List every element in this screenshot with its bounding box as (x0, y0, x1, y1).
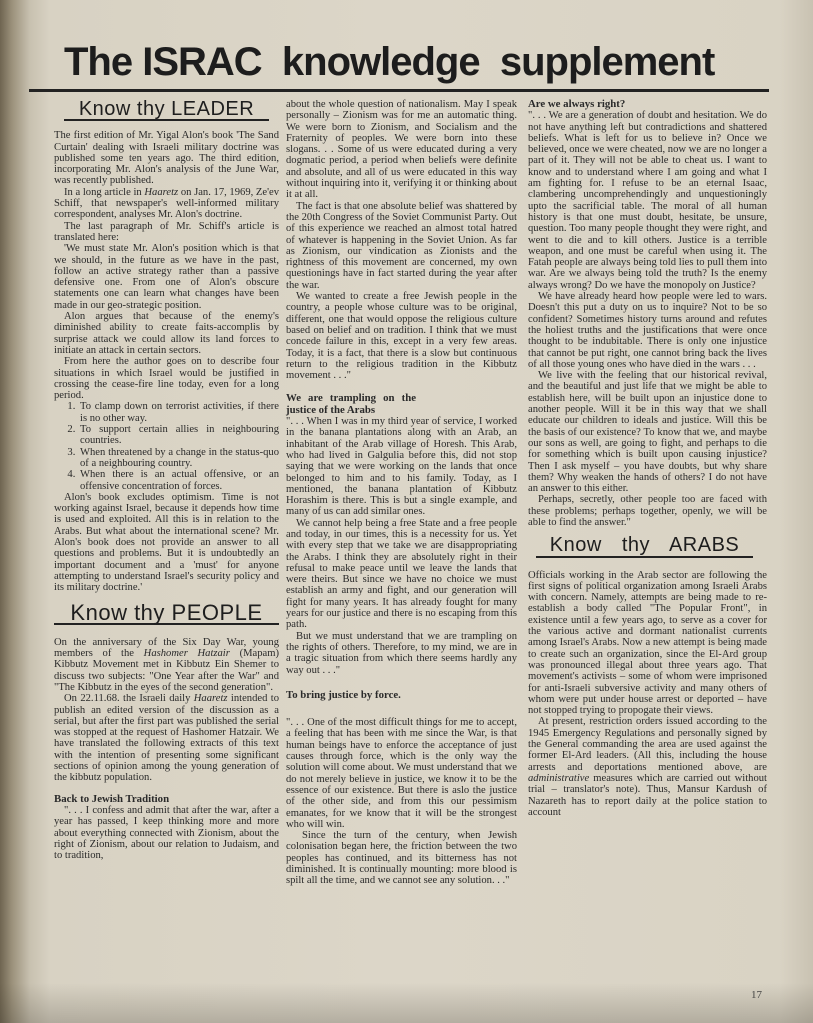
leader-paragraph: From here the author goes on to describe… (54, 356, 279, 401)
leader-paragraph: The last paragraph of Mr. Schiff's artic… (54, 221, 279, 244)
magazine-page: The ISRAC knowledge supplement Know thy … (0, 0, 813, 1023)
column-1: Know thy LEADER The first edition of Mr.… (54, 98, 279, 861)
people-paragraph: But we must understand that we are tramp… (286, 631, 517, 676)
people-paragraph: Since the turn of the century, when Jewi… (286, 830, 517, 886)
leader-heading: Know thy LEADER (64, 104, 269, 119)
arabs-paragraph: At present, restriction orders issued ac… (528, 716, 767, 818)
people-paragraph: On the anniversary of the Six Day War, y… (54, 637, 279, 693)
people-paragraph: ". . . One of the most difficult things … (286, 717, 517, 830)
people-paragraph: We cannot help being a free State and a … (286, 518, 517, 631)
masthead-title: The ISRAC knowledge supplement (64, 40, 714, 85)
people-paragraph: ". . . We are a generation of doubt and … (528, 110, 767, 291)
subheading: To bring justice by force. (286, 690, 517, 701)
arabs-paragraph: Officials working in the Arab sector are… (528, 570, 767, 717)
people-heading: Know thy PEOPLE (54, 607, 279, 622)
people-paragraph: ". . . When I was in my third year of se… (286, 416, 517, 518)
situations-list: To clamp down on terrorist activities, i… (54, 401, 279, 491)
subheading: Back to Jewish Tradition (54, 794, 279, 805)
list-item: To support certain allies in neighbourin… (78, 424, 279, 447)
masthead-rule (29, 89, 769, 92)
people-paragraph: about the whole question of nationalism.… (286, 99, 517, 201)
people-paragraph: Perhaps, secretly, other people too are … (528, 494, 767, 528)
arabs-heading: Know thy ARABS (536, 540, 753, 555)
leader-paragraph: In a long article in Haaretz on Jan. 17,… (54, 187, 279, 221)
list-item: When threatened by a change in the statu… (78, 447, 279, 470)
people-paragraph: The fact is that one absolute belief was… (286, 201, 517, 291)
people-paragraph: On 22.11.68. the Israeli daily Haaretz i… (54, 693, 279, 783)
list-item: To clamp down on terrorist activities, i… (78, 401, 279, 424)
page-number: 17 (751, 989, 762, 1001)
subheading: We are trampling on the justice of the A… (286, 393, 416, 416)
people-paragraph: ". . . I confess and admit that after th… (54, 805, 279, 861)
column-3: Are we always right? ". . . We are a gen… (528, 99, 767, 818)
column-2: about the whole question of nationalism.… (286, 99, 517, 887)
people-paragraph: We have already heard how people were le… (528, 291, 767, 370)
people-paragraph: We live with the feeling that our histor… (528, 370, 767, 494)
leader-paragraph: The first edition of Mr. Yigal Alon's bo… (54, 130, 279, 186)
leader-paragraph: Alon argues that because of the enemy's … (54, 311, 279, 356)
leader-quote: 'We must state Mr. Alon's position which… (54, 243, 279, 311)
people-paragraph: We wanted to create a free Jewish people… (286, 291, 517, 381)
list-item: When there is an actual offensive, or an… (78, 469, 279, 492)
leader-paragraph: Alon's book excludes optimism. Time is n… (54, 492, 279, 594)
subheading: Are we always right? (528, 99, 767, 110)
